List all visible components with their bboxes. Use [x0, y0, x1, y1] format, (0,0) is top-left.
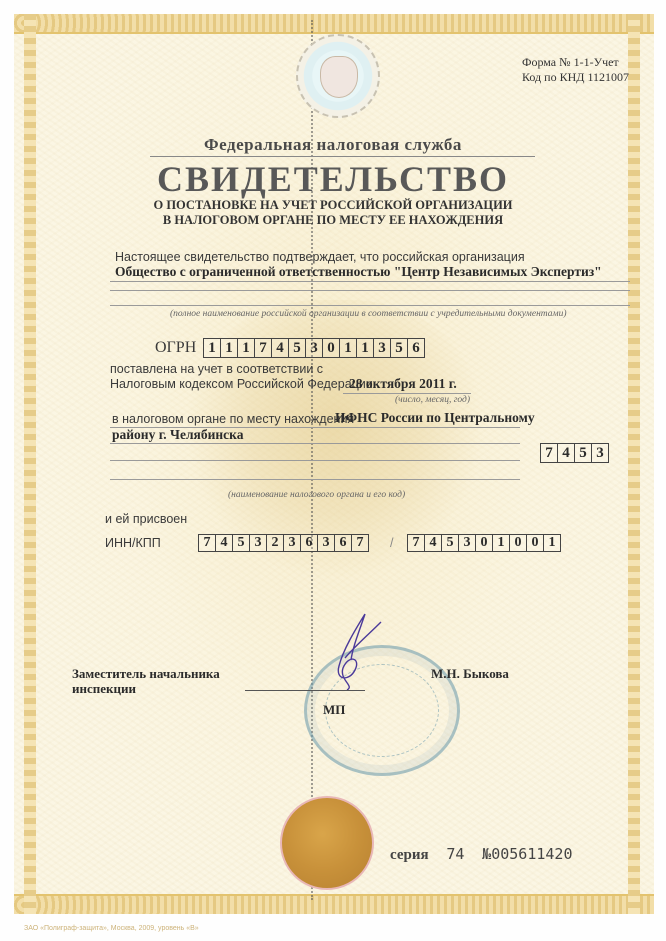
registration-line-1: поставлена на учет в соответствии с	[110, 362, 323, 376]
field-underline	[110, 479, 520, 480]
organization-name: Общество с ограниченной ответственностью…	[115, 264, 602, 280]
signature-line	[245, 690, 365, 691]
ogrn-digit: 3	[305, 338, 323, 358]
document-title: СВИДЕТЕЛЬСТВО	[0, 158, 666, 200]
registration-line-2: Налоговым кодексом Российской Федерации	[110, 377, 373, 391]
ogrn-digit: 1	[220, 338, 238, 358]
tax-code-digit: 7	[540, 443, 558, 463]
kpp-digit: 1	[543, 534, 561, 552]
ogrn-digit: 5	[288, 338, 306, 358]
certificate-number: №005611420	[482, 845, 572, 863]
form-number-line: Форма № 1-1-Учет	[522, 55, 629, 70]
inn-digit: 4	[215, 534, 233, 552]
organization-intro: Настоящее свидетельство подтверждает, чт…	[115, 250, 525, 264]
ogrn-digit: 4	[271, 338, 289, 358]
hologram-emblem-icon	[296, 34, 380, 118]
ogrn-digit: 3	[373, 338, 391, 358]
signer-position: Заместитель начальника инспекции	[72, 666, 220, 696]
field-underline	[110, 305, 630, 306]
ogrn-digit: 6	[407, 338, 425, 358]
subtitle-line-2: В НАЛОГОВОМ ОРГАНЕ ПО МЕСТУ ЕЕ НАХОЖДЕНИ…	[0, 213, 666, 228]
printer-note: ЗАО «Полиграф-защита», Москва, 2009, уро…	[24, 925, 199, 932]
ornamental-border-bottom	[14, 894, 654, 914]
subtitle-line-1: О ПОСТАНОВКЕ НА УЧЕТ РОССИЙСКОЙ ОРГАНИЗА…	[0, 198, 666, 213]
assigned-intro: и ей присвоен	[105, 512, 187, 526]
ogrn-digit: 1	[356, 338, 374, 358]
field-underline	[110, 281, 630, 282]
ogrn-label: ОГРН	[155, 339, 196, 357]
inn-digit: 7	[351, 534, 369, 552]
inn-digit: 3	[317, 534, 335, 552]
date-hint: (число, месяц, год)	[395, 395, 470, 405]
tax-code-digit: 5	[574, 443, 592, 463]
ornamental-border-top	[14, 14, 654, 34]
signer-position-line-1: Заместитель начальника	[72, 666, 220, 681]
ogrn-digit-boxes: 1117453011356	[203, 338, 425, 358]
kpp-digit-boxes: 745301001	[407, 534, 561, 552]
kpp-digit: 0	[526, 534, 544, 552]
ogrn-digit: 0	[322, 338, 340, 358]
field-underline	[110, 290, 630, 291]
tax-code-digit: 3	[591, 443, 609, 463]
serial-number: серия 74 №005611420	[390, 845, 572, 864]
document-subtitle: О ПОСТАНОВКЕ НА УЧЕТ РОССИЙСКОЙ ОРГАНИЗА…	[0, 198, 666, 228]
ogrn-digit: 1	[237, 338, 255, 358]
inn-kpp-separator: /	[390, 536, 393, 550]
date-underline	[343, 393, 471, 394]
tax-authority-name-line-2: району г. Челябинска	[112, 427, 243, 443]
kpp-digit: 4	[424, 534, 442, 552]
tax-code-digit: 4	[557, 443, 575, 463]
inn-digit: 2	[266, 534, 284, 552]
form-number: Форма № 1-1-Учет Код по КНД 1121007	[522, 55, 629, 85]
stamp-label: МП	[323, 702, 345, 718]
inn-digit: 6	[334, 534, 352, 552]
ogrn-digit: 7	[254, 338, 272, 358]
inn-digit: 3	[283, 534, 301, 552]
tax-authority-hint: (наименование налогового органа и его ко…	[228, 490, 405, 500]
organization-hint: (полное наименование российской организа…	[170, 309, 566, 319]
tax-authority-name-line-1: ИФНС России по Центральному	[335, 410, 535, 426]
field-underline	[110, 443, 520, 444]
signer-name: М.Н. Быкова	[431, 666, 509, 682]
ogrn-digit: 1	[339, 338, 357, 358]
inn-digit-boxes: 7453236367	[198, 534, 369, 552]
kpp-digit: 5	[441, 534, 459, 552]
signer-position-line-2: инспекции	[72, 681, 220, 696]
kpp-digit: 1	[492, 534, 510, 552]
inn-digit: 5	[232, 534, 250, 552]
signature-icon	[325, 610, 395, 690]
inn-kpp-label: ИНН/КПП	[105, 536, 161, 550]
series-value: 74	[446, 845, 464, 863]
ogrn-digit: 1	[203, 338, 221, 358]
kpp-digit: 0	[475, 534, 493, 552]
inn-digit: 7	[198, 534, 216, 552]
kpp-digit: 3	[458, 534, 476, 552]
registration-date: 28 октября 2011 г.	[349, 376, 457, 392]
inn-digit: 6	[300, 534, 318, 552]
kpp-digit: 0	[509, 534, 527, 552]
coat-of-arms-icon	[320, 56, 358, 98]
field-underline	[110, 460, 520, 461]
series-label: серия	[390, 847, 429, 863]
ogrn-digit: 5	[390, 338, 408, 358]
divider	[150, 156, 535, 157]
agency-name: Федеральная налоговая служба	[0, 135, 666, 155]
kpp-digit: 7	[407, 534, 425, 552]
gold-seal-icon	[280, 796, 374, 890]
knd-code-line: Код по КНД 1121007	[522, 70, 629, 85]
inn-digit: 3	[249, 534, 267, 552]
tax-authority-intro: в налоговом органе по месту нахождения	[112, 412, 354, 426]
tax-authority-code-boxes: 7453	[540, 443, 609, 463]
